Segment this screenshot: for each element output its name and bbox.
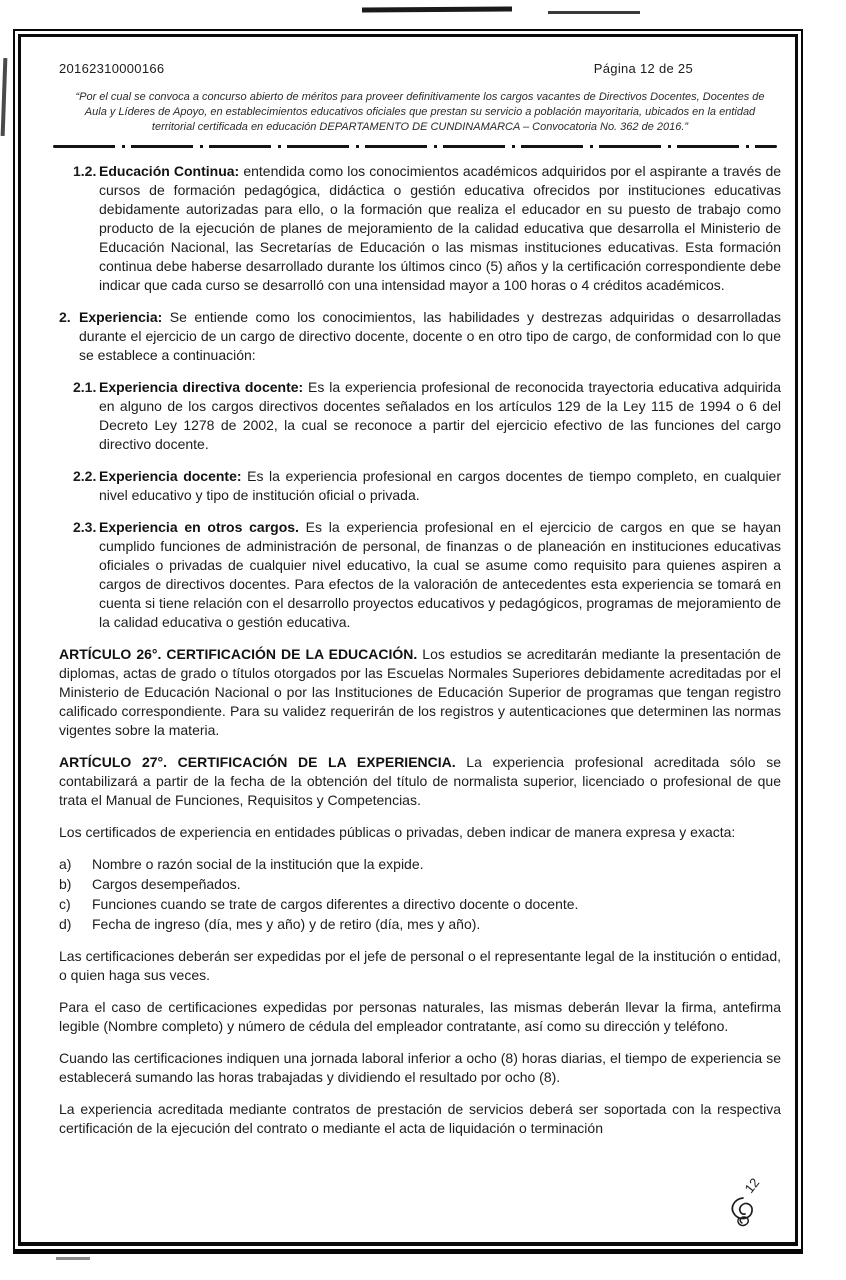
- natural-persons-paragraph: Para el caso de certificaciones expedida…: [59, 998, 781, 1036]
- articulo-27: ARTÍCULO 27°. CERTIFICACIÓN DE LA EXPERI…: [59, 753, 781, 810]
- articulo-26-heading: ARTÍCULO 26°. CERTIFICACIÓN DE LA EDUCAC…: [59, 646, 417, 662]
- list-item: b) Cargos desempeñados.: [59, 875, 781, 894]
- signature-scribble: [732, 1198, 752, 1218]
- list-text: Cargos desempeñados.: [92, 875, 241, 894]
- list-item: d) Fecha de ingreso (día, mes y año) y d…: [59, 915, 781, 934]
- list-marker: c): [59, 895, 92, 914]
- document-page: 20162310000166 Página 12 de 25 “Por el c…: [18, 34, 798, 1246]
- articulo-26: ARTÍCULO 26°. CERTIFICACIÓN DE LA EDUCAC…: [59, 645, 781, 740]
- list-marker: b): [59, 875, 92, 894]
- scan-artifact: [362, 6, 512, 12]
- signature-number: 12: [742, 1178, 763, 1196]
- section-number: 2.: [59, 308, 79, 365]
- section-number: 1.2.: [73, 162, 99, 295]
- list-text: Funciones cuando se trate de cargos dife…: [92, 895, 578, 914]
- scan-artifact: [1, 58, 8, 136]
- section-label: Experiencia directiva docente:: [99, 379, 303, 395]
- articulo-27-heading: ARTÍCULO 27°. CERTIFICACIÓN DE LA EXPERI…: [59, 754, 456, 770]
- list-item: c) Funciones cuando se trate de cargos d…: [59, 895, 781, 914]
- section-label: Experiencia en otros cargos.: [99, 519, 299, 535]
- section-label: Experiencia:: [79, 309, 162, 325]
- document-header: 20162310000166 Página 12 de 25: [59, 61, 781, 76]
- section-text: Experiencia en otros cargos. Es la exper…: [99, 518, 781, 632]
- section-2-1-experiencia-directiva: 2.1. Experiencia directiva docente: Es l…: [73, 378, 781, 454]
- scan-artifact: [56, 1257, 90, 1260]
- separator-rule: [53, 145, 777, 148]
- section-number: 2.2.: [73, 467, 99, 505]
- signature-mark: 12: [723, 1178, 769, 1236]
- document-page-frame: 20162310000166 Página 12 de 25 “Por el c…: [13, 29, 803, 1254]
- list-item: a) Nombre o razón social de la instituci…: [59, 855, 781, 874]
- list-text: Nombre o razón social de la institución …: [92, 855, 424, 874]
- page-indicator: Página 12 de 25: [594, 61, 693, 76]
- issued-by-paragraph: Las certificaciones deberán ser expedida…: [59, 947, 781, 985]
- section-text: Experiencia: Se entiende como los conoci…: [79, 308, 781, 365]
- scan-artifact: [548, 11, 640, 14]
- section-2-experiencia: 2. Experiencia: Se entiende como los con…: [59, 308, 781, 365]
- list-marker: a): [59, 855, 92, 874]
- section-2-2-experiencia-docente: 2.2. Experiencia docente: Es la experien…: [73, 467, 781, 505]
- certificates-intro-paragraph: Los certificados de experiencia en entid…: [59, 823, 781, 842]
- list-text: Fecha de ingreso (día, mes y año) y de r…: [92, 915, 480, 934]
- list-marker: d): [59, 915, 92, 934]
- document-number: 20162310000166: [59, 61, 164, 76]
- section-text: Educación Continua: entendida como los c…: [99, 162, 781, 295]
- section-number: 2.1.: [73, 378, 99, 454]
- service-contracts-paragraph: La experiencia acreditada mediante contr…: [59, 1100, 781, 1138]
- section-label: Educación Continua:: [99, 163, 239, 179]
- section-text: Experiencia directiva docente: Es la exp…: [99, 378, 781, 454]
- scanned-document-viewport: 20162310000166 Página 12 de 25 “Por el c…: [0, 0, 846, 1280]
- section-label: Experiencia docente:: [99, 468, 242, 484]
- section-text: Experiencia docente: Es la experiencia p…: [99, 467, 781, 505]
- convocation-quote: “Por el cual se convoca a concurso abier…: [66, 90, 774, 135]
- section-1-2-educacion-continua: 1.2. Educación Continua: entendida como …: [73, 162, 781, 295]
- section-2-3-experiencia-otros-cargos: 2.3. Experiencia en otros cargos. Es la …: [73, 518, 781, 632]
- section-number: 2.3.: [73, 518, 99, 632]
- working-day-paragraph: Cuando las certificaciones indiquen una …: [59, 1049, 781, 1087]
- requirements-list: a) Nombre o razón social de la instituci…: [59, 855, 781, 934]
